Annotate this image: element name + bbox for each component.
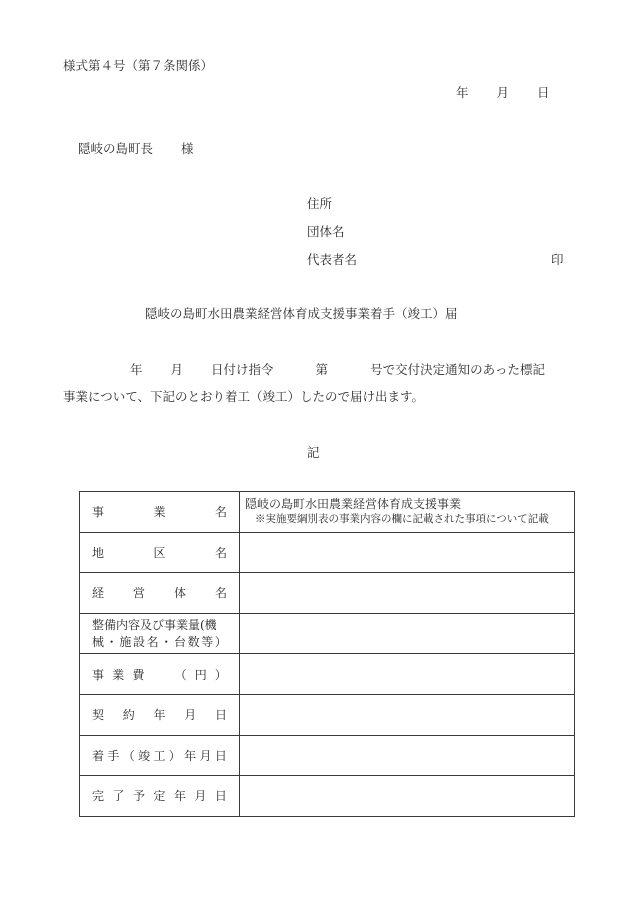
value-scheduled-completion-date[interactable] — [240, 776, 575, 817]
body-year: 年 — [130, 360, 143, 378]
label-contract-date: 契 約 年 月 日 — [80, 694, 240, 735]
date-month-label: 月 — [497, 83, 510, 101]
value-project-name[interactable]: 隠岐の島町水田農業経営体育成支援事業 ※実施要綱別表の事業内容の欄に記載された事… — [240, 492, 575, 533]
table-row: 完 了 予 定 年 月 日 — [80, 776, 575, 817]
table-row: 契 約 年 月 日 — [80, 694, 575, 735]
date-day-label: 日 — [537, 83, 550, 101]
label-project-cost: 事 業 費 （ 円 ） — [80, 654, 240, 695]
submission-date: 年月日 — [456, 83, 550, 101]
table-row: 整備内容及び事業量(機 械 ・ 施 設 名 ・ 台 数 等 ） — [80, 613, 575, 654]
body-text-line-1: 年月日付け指令第号で交付決定通知のあった標記 — [130, 360, 545, 378]
table-row: 経 営 体 名 — [80, 573, 575, 614]
date-year-label: 年 — [456, 83, 469, 101]
body-dai: 第 — [316, 360, 329, 378]
value-district-name[interactable] — [240, 532, 575, 573]
table-row: 地 区 名 — [80, 532, 575, 573]
value-project-cost[interactable] — [240, 654, 575, 695]
body-month: 月 — [171, 360, 184, 378]
applicant-address-label: 住所 — [307, 194, 332, 212]
seal-mark: 印 — [551, 250, 564, 268]
addressee: 隠岐の島町長様 — [78, 139, 194, 157]
addressee-honorific: 様 — [181, 141, 194, 156]
body-rest: 号で交付決定通知のあった標記 — [370, 360, 545, 378]
project-details-table: 事 業 名 隠岐の島町水田農業経営体育成支援事業 ※実施要綱別表の事業内容の欄に… — [79, 491, 575, 817]
label-maintenance-content: 整備内容及び事業量(機 械 ・ 施 設 名 ・ 台 数 等 ） — [80, 613, 240, 654]
project-name-note: ※実施要綱別表の事業内容の欄に記載された事項について記載 — [245, 512, 569, 526]
applicant-organization-label: 団体名 — [307, 222, 345, 240]
value-start-completion-date[interactable] — [240, 735, 575, 776]
addressee-name: 隠岐の島町長 — [78, 141, 153, 156]
form-number: 様式第４号（第７条関係） — [63, 56, 213, 74]
body-day-directive: 日付け指令 — [211, 360, 274, 378]
document-title: 隠岐の島町水田農業経営体育成支援事業着手（竣工）届 — [145, 304, 458, 322]
ki-heading: 記 — [307, 443, 320, 461]
label-start-completion-date: 着 手 （ 竣 工 ） 年 月 日 — [80, 735, 240, 776]
table-row: 事 業 名 隠岐の島町水田農業経営体育成支援事業 ※実施要綱別表の事業内容の欄に… — [80, 492, 575, 533]
table-row: 事 業 費 （ 円 ） — [80, 654, 575, 695]
label-district-name: 地 区 名 — [80, 532, 240, 573]
value-maintenance-content[interactable] — [240, 613, 575, 654]
label-project-name: 事 業 名 — [80, 492, 240, 533]
value-management-entity[interactable] — [240, 573, 575, 614]
table-row: 着 手 （ 竣 工 ） 年 月 日 — [80, 735, 575, 776]
applicant-representative-label: 代表者名 — [307, 250, 357, 268]
body-text-line-2: 事業について、下記のとおり着工（竣工）したので届け出ます。 — [63, 387, 424, 405]
label-management-entity: 経 営 体 名 — [80, 573, 240, 614]
value-contract-date[interactable] — [240, 694, 575, 735]
project-name-text: 隠岐の島町水田農業経営体育成支援事業 — [245, 497, 569, 512]
label-scheduled-completion-date: 完 了 予 定 年 月 日 — [80, 776, 240, 817]
